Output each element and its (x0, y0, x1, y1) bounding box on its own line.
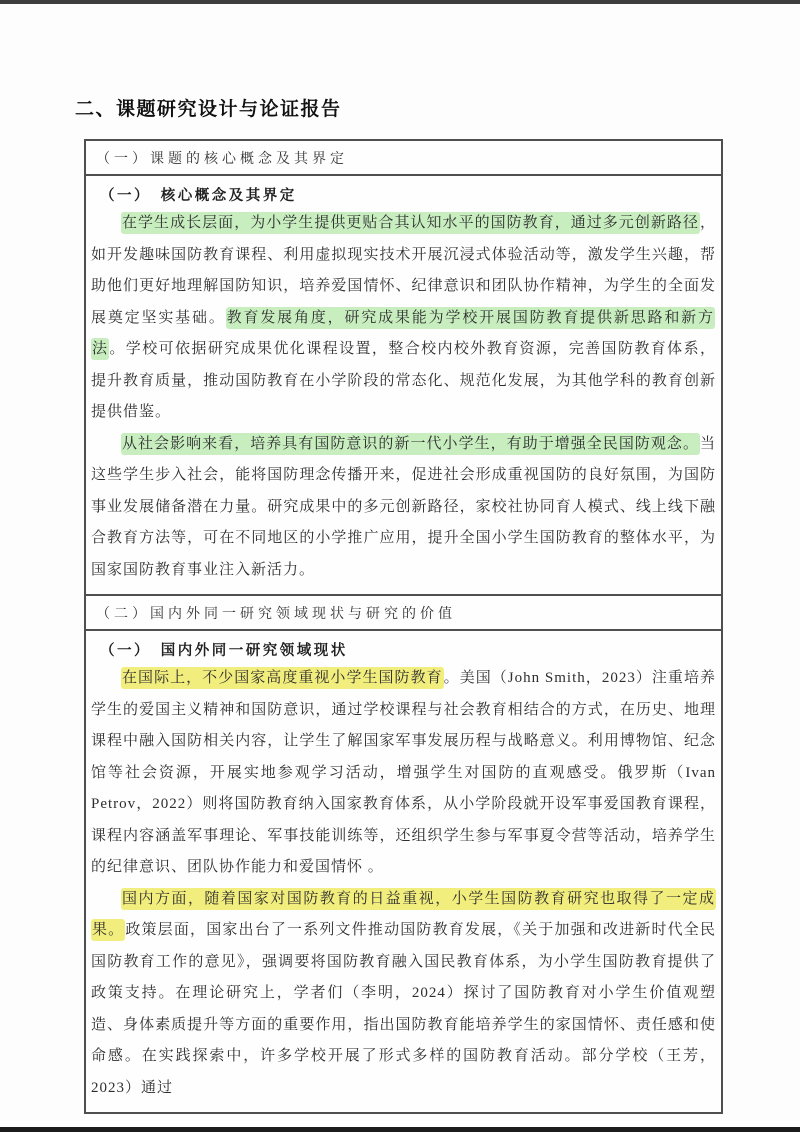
photo-top-edge (0, 0, 800, 4)
paragraph: 从社会影响来看，培养具有国防意识的新一代小学生，有助于增强全民国防观念。当这些学… (91, 429, 716, 587)
section-paragraphs-core-concept: 在学生成长层面，为小学生提供更贴合其认知水平的国防教育，通过多元创新路径，如开发… (91, 208, 716, 586)
section-heading-research-status: （一） 国内外同一研究领域现状 (91, 634, 716, 663)
table-row-research-status-label: （二）国内外同一研究领域现状与研究的价值 (86, 594, 721, 629)
table-row-research-status-body: （一） 国内外同一研究领域现状 在国际上，不少国家高度重视小学生国防教育。美国（… (86, 629, 721, 1112)
paragraph: 在国际上，不少国家高度重视小学生国防教育。美国（John Smith，2023）… (91, 663, 716, 884)
section-heading-core-concept: （一） 核心概念及其界定 (91, 179, 716, 208)
photo-bottom-edge (0, 1127, 800, 1132)
paragraph: 在学生成长层面，为小学生提供更贴合其认知水平的国防教育，通过多元创新路径，如开发… (91, 208, 716, 429)
paragraph: 国内方面，随着国家对国防教育的日益重视，小学生国防教育研究也取得了一定成果。政策… (91, 884, 716, 1105)
body-text: 当这些学生步入社会，能将国防理念传播开来，促进社会形成重视国防的良好氛围，为国防… (91, 436, 716, 578)
yellow-highlighted-text: 在国际上，不少国家高度重视小学生国防教育 (121, 667, 444, 689)
table-row-core-concept-label: （一）课题的核心概念及其界定 (86, 141, 721, 174)
row-label-core-concept: （一）课题的核心概念及其界定 (96, 152, 348, 167)
row-label-research-status: （二）国内外同一研究领域现状与研究的价值 (96, 607, 456, 622)
page-title: 二、课题研究设计与论证报告 (75, 94, 342, 121)
body-text: 。美国（John Smith，2023）注重培养学生的爱国主义精神和国防意识，通… (91, 670, 716, 875)
body-text: 。学校可依据研究成果优化课程设置，整合校内校外教育资源，完善国防教育体系，提升教… (91, 341, 716, 420)
report-table: （一）课题的核心概念及其界定 （一） 核心概念及其界定 在学生成长层面，为小学生… (84, 139, 723, 1114)
body-text: 政策层面，国家出台了一系列文件推动国防教育发展，《关于加强和改进新时代全民国防教… (91, 922, 716, 1096)
green-highlighted-text: 在学生成长层面，为小学生提供更贴合其认知水平的国防教育，通过多元创新路径 (121, 212, 700, 234)
table-row-core-concept-body: （一） 核心概念及其界定 在学生成长层面，为小学生提供更贴合其认知水平的国防教育… (86, 174, 721, 594)
section-paragraphs-research-status: 在国际上，不少国家高度重视小学生国防教育。美国（John Smith，2023）… (91, 663, 716, 1104)
green-highlighted-text: 从社会影响来看，培养具有国防意识的新一代小学生，有助于增强全民国防观念。 (121, 433, 700, 455)
